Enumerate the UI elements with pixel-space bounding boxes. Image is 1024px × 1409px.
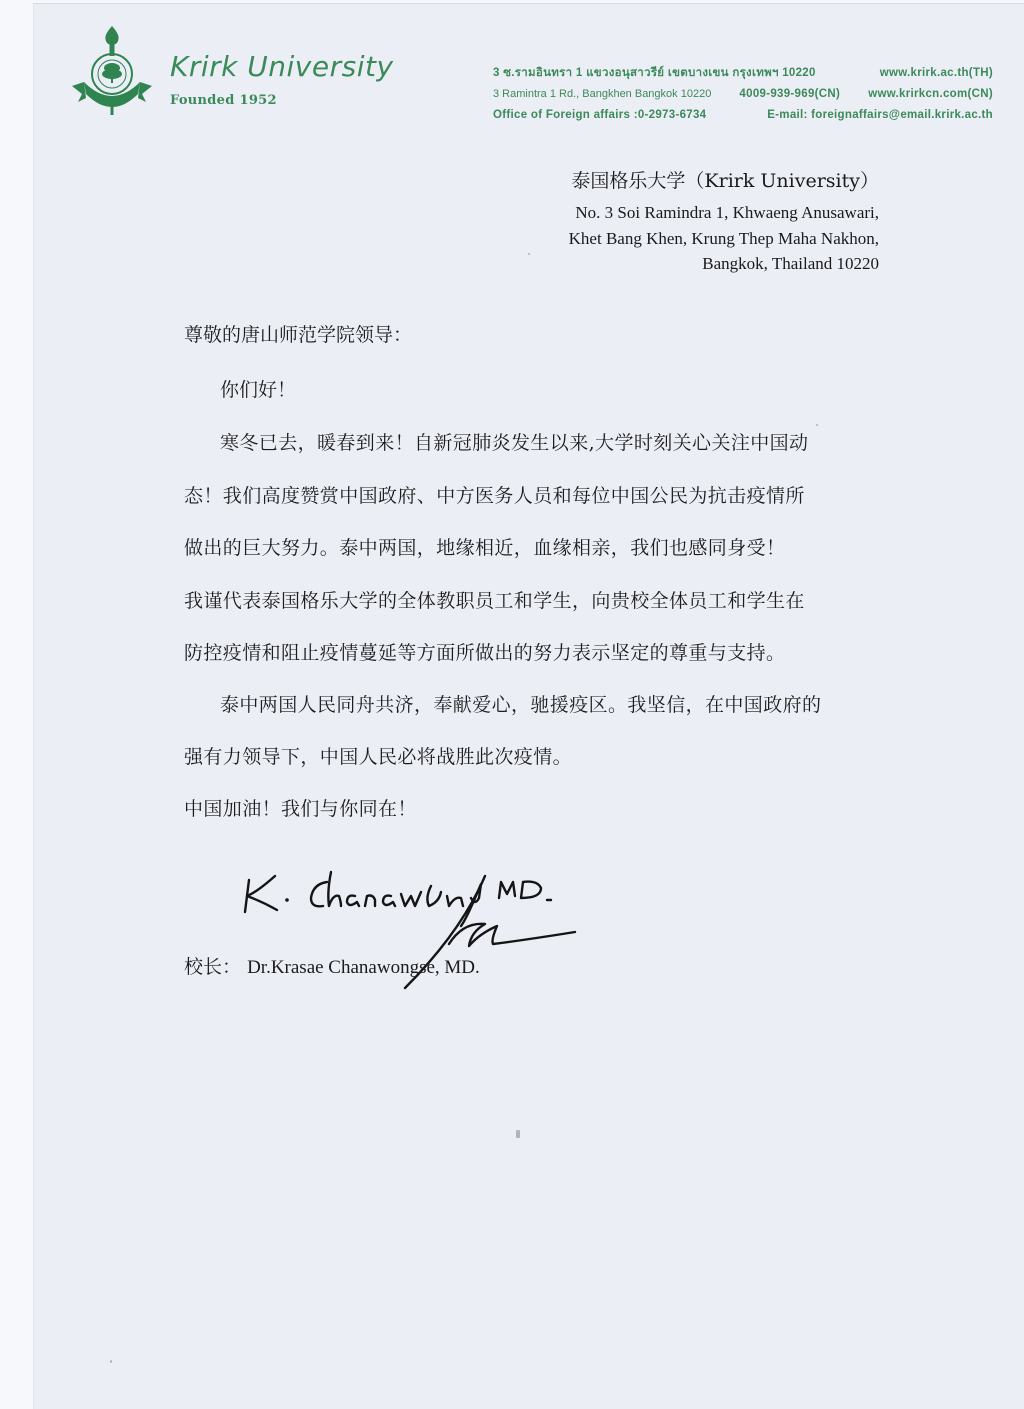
paragraph-line: 态！我们高度赞赏中国政府、中方医务人员和每位中国公民为抗击疫情所: [184, 481, 805, 508]
scan-artifact: [528, 253, 530, 255]
salutation: 尊敬的唐山师范学院领导：: [184, 320, 412, 347]
signatory-name: Dr.Krasae Chanawongse, MD.: [247, 957, 480, 978]
foreign-affairs-phone: Office of Foreign affairs :0-2973-6734: [493, 105, 706, 126]
paragraph-line: 做出的巨大努力。泰中两国，地缘相近，血缘相亲，我们也感同身受！: [184, 533, 785, 560]
founded-year: Founded 1952: [170, 93, 277, 108]
scan-artifact: [816, 424, 818, 426]
phone-cn: 4009-939-969(CN): [739, 84, 840, 105]
brand-name: Krirk University: [170, 50, 394, 83]
scan-artifact: [110, 1360, 112, 1363]
paragraph-line: 强有力领导下，中国人民必将战胜此次疫情。: [184, 742, 572, 769]
greeting: 你们好！: [220, 375, 296, 402]
address-block: 泰国格乐大学（Krirk University） No. 3 Soi Ramin…: [569, 168, 879, 277]
institution-name: 泰国格乐大学（Krirk University）: [569, 168, 879, 194]
contact-info: 3 ซ.รามอินทรา 1 แขวงอนุสาวรีย์ เขตบางเขน…: [493, 63, 993, 126]
paragraph-line: 泰中两国人民同舟共济，奉献爱心，驰援疫区。我坚信，在中国政府的: [220, 690, 821, 717]
krirk-university-emblem-icon: [70, 24, 154, 116]
website-th-link[interactable]: www.krirk.ac.th(TH): [880, 63, 993, 84]
paragraph-line: 防控疫情和阻止疫情蔓延等方面所做出的努力表示坚定的尊重与支持。: [184, 638, 785, 665]
signatory: 校长： Dr.Krasae Chanawongse, MD.: [184, 952, 480, 979]
scan-artifact: [516, 1130, 520, 1138]
thai-address: 3 ซ.รามอินทรา 1 แขวงอนุสาวรีย์ เขตบางเขน…: [493, 63, 816, 84]
website-cn-link[interactable]: www.krirkcn.com(CN): [868, 84, 993, 105]
english-address: 3 Ramintra 1 Rd., Bangkhen Bangkok 10220: [493, 84, 711, 105]
address-line: Khet Bang Khen, Krung Thep Maha Nakhon,: [569, 226, 879, 252]
address-line: No. 3 Soi Ramindra 1, Khwaeng Anusawari,: [569, 200, 879, 226]
email-link[interactable]: E-mail: foreignaffairs@email.krirk.ac.th: [767, 105, 993, 126]
address-line: Bangkok, Thailand 10220: [569, 251, 879, 277]
signatory-title: 校长：: [184, 956, 241, 978]
paragraph-line: 寒冬已去，暖春到来！自新冠肺炎发生以来,大学时刻关心关注中国动: [220, 428, 808, 455]
paragraph-line: 中国加油！我们与你同在！: [184, 794, 417, 821]
paragraph-line: 我谨代表泰国格乐大学的全体教职员工和学生，向贵校全体员工和学生在: [184, 586, 805, 613]
